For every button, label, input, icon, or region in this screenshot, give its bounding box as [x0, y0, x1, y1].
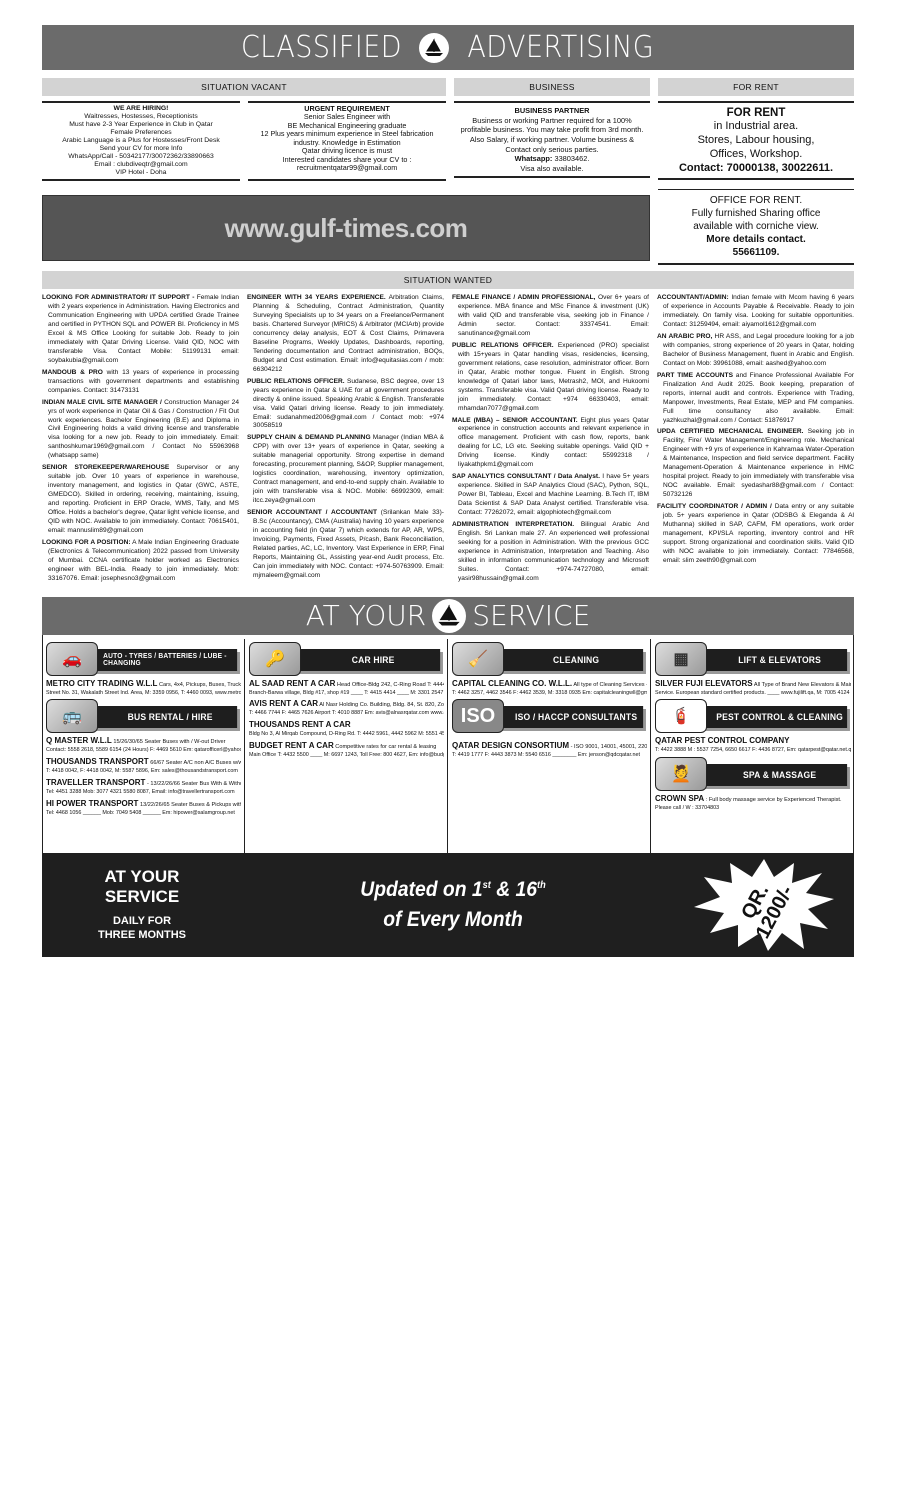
ad-line: Stores, Labour housing,	[660, 134, 852, 148]
wanted-listing: PUBLIC RELATIONS OFFICER. Experienced (P…	[452, 342, 649, 414]
service-banner-right: SERVICE	[472, 599, 590, 632]
banner-title-left: CLASSIFIED	[241, 30, 402, 65]
promo-title: SERVICE	[42, 887, 242, 907]
promo-left: AT YOUR SERVICE DAILY FOR THREE MONTHS	[42, 867, 242, 942]
wanted-listing: MALE (MBA) – SENIOR ACCOUNTANT. Eight pl…	[452, 417, 649, 471]
wanted-listing: MANDOUB & PRO with 13 years of experienc…	[42, 369, 239, 396]
ad-body: Business or working Partner required for…	[458, 116, 646, 155]
service-entry: QATAR PEST CONTROL COMPANY	[655, 736, 851, 746]
ad-line: in Industrial area.	[660, 120, 852, 134]
service-entry: CROWN SPA : Full body massage service by…	[655, 794, 851, 804]
ad-line: WhatsApp/Call - 50342177/30072362/338906…	[44, 153, 238, 161]
business-partner-ad: BUSINESS PARTNER Business or working Par…	[454, 101, 650, 178]
service-entry-contact: T: 4418 0042, F: 4418 0042, M: 5587 5896…	[46, 768, 241, 775]
category-label: ISO / HACCP CONSULTANTS	[496, 706, 643, 728]
wanted-listing: LOOKING FOR ADMINISTRATOR/ IT SUPPORT - …	[42, 294, 239, 366]
service-category-auto: 🚗 AUTO - TYRES / BATTERIES / LUBE - CHAN…	[46, 642, 241, 676]
wanted-column-2: ENGINEER WITH 34 YEARS EXPERIENCE. Arbit…	[247, 294, 444, 587]
ad-contact[interactable]: 55661109.	[660, 246, 852, 259]
service-category-spa: 💆 SPA & MASSAGE	[655, 757, 851, 791]
wanted-listing: PUBLIC RELATIONS OFFICER. Sudanese, BSC …	[247, 378, 444, 432]
service-entry: AL SAAD RENT A CAR Head Office-Bldg 242,…	[249, 679, 444, 689]
service-entry-contact: Tel: 4451 3288 Mob: 3077 4321 5580 8087,…	[46, 789, 241, 796]
wanted-listing: SUPPLY CHAIN & DEMAND PLANNING Manager (…	[247, 434, 444, 506]
category-label: CAR HIRE	[293, 649, 440, 671]
wanted-column-3: FEMALE FINANCE / ADMIN PROFESSIONAL, Ove…	[452, 294, 649, 587]
spa-massage-icon: 💆	[655, 757, 707, 791]
classified-banner: CLASSIFIED ADVERTISING	[42, 25, 854, 70]
wanted-listing: SENIOR ACCOUNTANT / ACCOUNTANT (Srilanka…	[247, 509, 444, 581]
service-category-pest-control: 🧯 PEST CONTROL & CLEANING	[655, 699, 851, 733]
service-promo-banner: AT YOUR SERVICE DAILY FOR THREE MONTHS U…	[42, 853, 854, 957]
classified-page: CLASSIFIED ADVERTISING SITUATION VACANT …	[42, 25, 854, 957]
category-label: SPA & MASSAGE	[699, 764, 847, 786]
whatsapp-number[interactable]: 33803462.	[554, 154, 589, 163]
promo-subtitle: THREE MONTHS	[42, 928, 242, 942]
service-category-car-hire: 🔑 CAR HIRE	[249, 642, 444, 676]
dhow-boat-icon	[419, 33, 449, 63]
services-column-4: ▦ LIFT & ELEVATORS SILVER FUJI ELEVATORS…	[655, 639, 854, 853]
services-column-1: 🚗 AUTO - TYRES / BATTERIES / LUBE - CHAN…	[46, 639, 245, 853]
service-banner-left: AT YOUR	[306, 599, 427, 632]
ad-line: Female Preferences	[44, 129, 238, 137]
promo-title: AT YOUR	[42, 867, 242, 887]
wanted-listing: FEMALE FINANCE / ADMIN PROFESSIONAL, Ove…	[452, 294, 649, 339]
service-category-bus-rental: 🚌 BUS RENTAL / HIRE	[46, 699, 241, 733]
service-entry: TRAVELLER TRANSPORT - 13/22/26/66 Seater…	[46, 778, 241, 788]
service-entry-contact: Tel: 4468 1056 ______ Mob: 7049 5408 ___…	[46, 810, 241, 817]
ad-title: OFFICE FOR RENT.	[660, 194, 852, 207]
wanted-listing: PART TIME ACCOUNTS and Finance Professio…	[657, 372, 854, 426]
for-rent-ad-industrial: FOR RENT in Industrial area. Stores, Lab…	[658, 101, 854, 180]
section-header-for-rent: FOR RENT	[658, 78, 854, 96]
service-entry-contact: T: 4422 3888 M : 5537 7254, 6650 6617 F:…	[655, 747, 851, 754]
wanted-column-1: LOOKING FOR ADMINISTRATOR/ IT SUPPORT - …	[42, 294, 239, 587]
service-entry-contact: Bldg No 3, Al Mirqab Compound, D-Ring Rd…	[249, 731, 444, 738]
ad-title: FOR RENT	[660, 106, 852, 120]
ad-line: Fully furnished Sharing office	[660, 207, 852, 220]
iso-badge-icon: ISO	[452, 699, 504, 733]
wanted-listing: INDIAN MALE CIVIL SITE MANAGER / Constru…	[42, 399, 239, 462]
section-header-business: BUSINESS	[454, 78, 650, 96]
bus-icon: 🚌	[46, 699, 98, 733]
wanted-listing: AN ARABIC PRO, HR ASS, and Legal procedu…	[657, 333, 854, 369]
ad-title: BUSINESS PARTNER	[458, 106, 646, 116]
service-category-iso: ISO ISO / HACCP CONSULTANTS	[452, 699, 647, 733]
for-rent-ad-office: OFFICE FOR RENT. Fully furnished Sharing…	[658, 189, 854, 265]
service-entry: THOUSANDS RENT A CAR	[249, 720, 444, 730]
service-entry-contact: Contact: 5558 2618, 5589 6154 (24 Hours)…	[46, 747, 241, 754]
elevator-icon: ▦	[655, 642, 707, 676]
service-entry-contact: T: 4462 3257, 4462 3546 F: 4462 3539, M:…	[452, 690, 647, 697]
service-entry-contact: Service. European standard certified pro…	[655, 690, 851, 697]
service-entry: SILVER FUJI ELEVATORS All Type of Brand …	[655, 679, 851, 689]
wanted-column-4: ACCOUNTANT/ADMIN: Indian female with Mco…	[657, 294, 854, 587]
ad-line: Waitresses, Hostesses, Receptionists	[44, 113, 238, 121]
promo-subtitle: DAILY FOR	[42, 914, 242, 928]
ad-line: Send your CV for more Info	[44, 145, 238, 153]
car-hire-icon: 🔑	[249, 642, 301, 676]
promo-price: QR. 1200/-	[664, 855, 854, 955]
wanted-listing: ENGINEER WITH 34 YEARS EXPERIENCE. Arbit…	[247, 294, 444, 375]
service-category-cleaning: 🧹 CLEANING	[452, 642, 647, 676]
service-entry-contact: Street No. 31, Wakalath Street Ind. Area…	[46, 690, 241, 697]
services-column-2: 🔑 CAR HIRE AL SAAD RENT A CAR Head Offic…	[249, 639, 448, 853]
wanted-listing: SENIOR STOREKEEPER/WAREHOUSE Supervisor …	[42, 464, 239, 536]
service-entry-contact: T: 4466 7744 F: 4465 7626 Airport T: 401…	[249, 710, 444, 717]
ad-contact-label: More details contact.	[660, 233, 852, 246]
wanted-listing: LOOKING FOR A POSITION: A Male Indian En…	[42, 539, 239, 584]
ad-line: Must have 2-3 Year Experience in Club in…	[44, 121, 238, 129]
ad-title: WE ARE HIRING!	[44, 105, 238, 113]
pest-sprayer-icon: 🧯	[655, 699, 707, 733]
website-banner[interactable]: www.gulf-times.com	[42, 195, 650, 261]
service-entry: HI POWER TRANSPORT 13/22/26/65 Seater Bu…	[46, 799, 241, 809]
service-entry: CAPITAL CLEANING CO. W.L.L. All type of …	[452, 679, 647, 689]
service-entry: QATAR DESIGN CONSORTIUM - ISO 9001, 1400…	[452, 741, 647, 751]
services-directory: 🚗 AUTO - TYRES / BATTERIES / LUBE - CHAN…	[42, 635, 854, 853]
ad-line: available with corniche view.	[660, 220, 852, 233]
service-entry: METRO CITY TRADING W.L.L Cars, 4x4, Pick…	[46, 679, 241, 689]
section-header-situation-wanted: SITUATION WANTED	[42, 271, 854, 289]
ad-line: VIP Hotel - Doha	[44, 169, 238, 177]
category-label: CLEANING	[496, 649, 643, 671]
wanted-listing: UPDA CERTIFIED MECHANICAL ENGINEER. Seek…	[657, 428, 854, 500]
service-entry: Q MASTER W.L.L 15/26/30/65 Seater Buses …	[46, 736, 241, 746]
category-label: AUTO - TYRES / BATTERIES / LUBE - CHANGI…	[90, 649, 237, 671]
dhow-boat-icon	[432, 599, 466, 633]
services-column-3: 🧹 CLEANING CAPITAL CLEANING CO. W.L.L. A…	[452, 639, 651, 853]
wanted-listing: SAP ANALYTICS CONSULTANT / Data Analyst.…	[452, 473, 649, 518]
service-entry: THOUSANDS TRANSPORT 66/67 Seater A/C non…	[46, 757, 241, 767]
promo-update-schedule: Updated on 1st & 16th of Every Month	[259, 875, 647, 934]
service-entry-contact: Please call / W : 33704803	[655, 805, 851, 812]
ad-line: Arabic Language is a Plus for Hostesses/…	[44, 137, 238, 145]
service-category-lift: ▦ LIFT & ELEVATORS	[655, 642, 851, 676]
section-header-situation-vacant: SITUATION VACANT	[42, 78, 446, 96]
service-entry: BUDGET RENT A CAR Competitive rates for …	[249, 741, 444, 751]
service-entry: AVIS RENT A CAR Al Nasr Holding Co. Buil…	[249, 699, 444, 709]
service-banner: AT YOUR SERVICE	[42, 597, 854, 635]
ad-line: Offices, Workshop.	[660, 148, 852, 162]
wanted-listing: FACILITY COORDINATOR / ADMIN / Data entr…	[657, 503, 854, 566]
service-entry-contact: T: 4419 1777 F: 4443 3873 M: 5540 6516 _…	[452, 752, 647, 759]
banner-title-right: ADVERTISING	[467, 30, 654, 65]
ad-contact[interactable]: Contact: 70000138, 30022611.	[660, 162, 852, 176]
vacant-ad-hiring: WE ARE HIRING! Waitresses, Hostesses, Re…	[42, 101, 240, 181]
whatsapp-label: Whatsapp:	[515, 154, 553, 163]
category-label: LIFT & ELEVATORS	[699, 649, 847, 671]
wanted-listing: ADMINISTRATION INTERPRETATION. Bilingual…	[452, 521, 649, 584]
cleaning-icon: 🧹	[452, 642, 504, 676]
category-label: PEST CONTROL & CLEANING	[699, 706, 847, 728]
ad-line: Email : clubdiveqtr@gmail.com	[44, 161, 238, 169]
service-entry-contact: Main Office T: 4432 5500 ____ M: 6697 12…	[249, 752, 444, 759]
car-service-icon: 🚗	[46, 642, 98, 676]
ad-email[interactable]: recruitmentqatar99@gmail.com	[250, 164, 444, 172]
vacant-ad-urgent-requirement: URGENT REQUIREMENT Senior Sales Engineer…	[248, 101, 446, 181]
wanted-listing: ACCOUNTANT/ADMIN: Indian female with Mco…	[657, 294, 854, 330]
ad-footer: Visa also available.	[458, 164, 646, 174]
service-entry-contact: Branch-Barwa village, Bldg #17, shop #19…	[249, 690, 444, 697]
situation-wanted-listings: LOOKING FOR ADMINISTRATOR/ IT SUPPORT - …	[42, 294, 854, 587]
category-label: BUS RENTAL / HIRE	[90, 706, 237, 728]
